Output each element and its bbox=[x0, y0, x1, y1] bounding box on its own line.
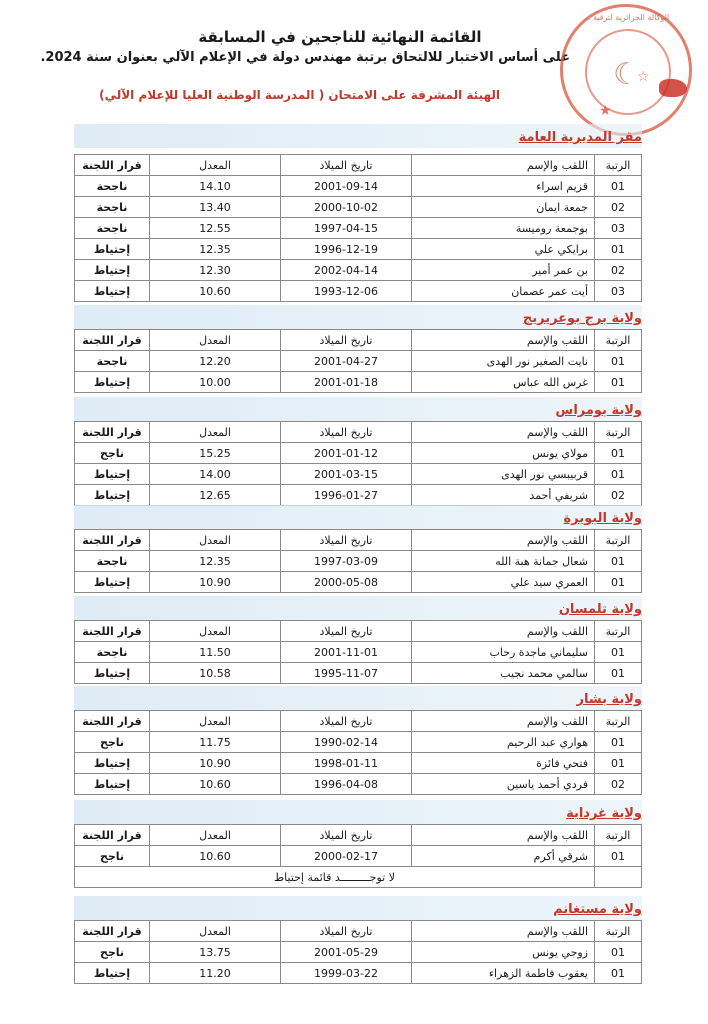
section-heading: ولاية البويرة bbox=[564, 511, 643, 526]
table-row: 01نايت الصغير نور الهدى2001-04-2712.20نا… bbox=[75, 351, 642, 372]
cell-rank: 03 bbox=[595, 218, 642, 239]
col-dob: تاريخ الميلاد bbox=[281, 711, 412, 732]
cell-name: قربيبسي نور الهدى bbox=[412, 464, 595, 485]
table-header-row: الرتبة اللقب والإسم تاريخ الميلاد المعدل… bbox=[75, 921, 642, 942]
cell-dob: 1996-04-08 bbox=[281, 774, 412, 795]
col-avg: المعدل bbox=[150, 330, 281, 351]
col-avg: المعدل bbox=[150, 422, 281, 443]
results-table: الرتبة اللقب والإسم تاريخ الميلاد المعدل… bbox=[74, 824, 642, 888]
cell-name: مولاي يونس bbox=[412, 443, 595, 464]
cell-avg: 12.20 bbox=[150, 351, 281, 372]
table-row: 01هواري عبد الرحيم1990-02-1411.75ناجح bbox=[75, 732, 642, 753]
cell-decision: إحتياط bbox=[75, 663, 150, 684]
cell-avg: 10.60 bbox=[150, 281, 281, 302]
star-icon: ★ bbox=[599, 103, 612, 119]
col-name: اللقب والإسم bbox=[412, 825, 595, 846]
col-rank: الرتبة bbox=[595, 825, 642, 846]
cell-dob: 2001-04-27 bbox=[281, 351, 412, 372]
col-rank: الرتبة bbox=[595, 621, 642, 642]
table-row: 01يعقوب فاطمة الزهراء1999-03-2211.20إحتي… bbox=[75, 963, 642, 984]
table-row: 01مولاي يونس2001-01-1215.25ناجح bbox=[75, 443, 642, 464]
cell-name: فردي أحمد ياسين bbox=[412, 774, 595, 795]
results-table: الرتبة اللقب والإسم تاريخ الميلاد المعدل… bbox=[74, 710, 642, 795]
section-heading: ولاية تلمسان bbox=[559, 602, 642, 617]
cell-dob: 2001-01-18 bbox=[281, 372, 412, 393]
table-row: لا توجـــــــــد قائمة إحتياط bbox=[75, 867, 642, 888]
col-name: اللقب والإسم bbox=[412, 155, 595, 176]
section-band bbox=[74, 800, 642, 824]
col-avg: المعدل bbox=[150, 711, 281, 732]
section-heading: ولاية بشار bbox=[576, 692, 642, 707]
cell-avg: 11.20 bbox=[150, 963, 281, 984]
cell-rank: 01 bbox=[595, 551, 642, 572]
cell-name: جمعة ايمان bbox=[412, 197, 595, 218]
document-subtitle: على أساس الاختبار للالتحاق برتبة مهندس د… bbox=[110, 50, 570, 65]
table-row: 01قزيم اسراء2001-09-1414.10ناجحة bbox=[75, 176, 642, 197]
stamp-text: الوكالة الجزائرية لترقية ... bbox=[569, 13, 683, 22]
table-row: 02بن عمر أمير2002-04-1412.30إحتياط bbox=[75, 260, 642, 281]
cell-dob: 2001-03-15 bbox=[281, 464, 412, 485]
col-rank: الرتبة bbox=[595, 530, 642, 551]
table-row: 01العمري سيد علي2000-05-0810.90إحتياط bbox=[75, 572, 642, 593]
results-table: الرتبة اللقب والإسم تاريخ الميلاد المعدل… bbox=[74, 329, 642, 393]
cell-dob: 1996-01-27 bbox=[281, 485, 412, 506]
cell-avg: 14.00 bbox=[150, 464, 281, 485]
cell-rank: 01 bbox=[595, 372, 642, 393]
results-table: الرتبة اللقب والإسم تاريخ الميلاد المعدل… bbox=[74, 920, 642, 984]
results-table: الرتبة اللقب والإسم تاريخ الميلاد المعدل… bbox=[74, 529, 642, 593]
section-band bbox=[74, 686, 642, 710]
table-row: 02فردي أحمد ياسين1996-04-0810.60إحتياط bbox=[75, 774, 642, 795]
cell-rank: 01 bbox=[595, 464, 642, 485]
cell-dob: 2000-05-08 bbox=[281, 572, 412, 593]
section-band bbox=[74, 505, 642, 529]
cell-rank: 01 bbox=[595, 663, 642, 684]
official-stamp: الوكالة الجزائرية لترقية ... ☾ ☆ ★ bbox=[560, 4, 692, 136]
cell-avg: 12.35 bbox=[150, 239, 281, 260]
cell-avg: 11.75 bbox=[150, 732, 281, 753]
cell-dob: 1990-02-14 bbox=[281, 732, 412, 753]
cell-rank: 02 bbox=[595, 197, 642, 218]
cell-decision: ناجحة bbox=[75, 218, 150, 239]
table-row: 01برايكي علي1996-12-1912.35إحتياط bbox=[75, 239, 642, 260]
col-avg: المعدل bbox=[150, 921, 281, 942]
col-decision: قرار اللجنة bbox=[75, 530, 150, 551]
col-dob: تاريخ الميلاد bbox=[281, 921, 412, 942]
section-heading: ولاية بومراس bbox=[555, 403, 642, 418]
cell-rank: 02 bbox=[595, 774, 642, 795]
cell-avg: 10.90 bbox=[150, 753, 281, 774]
cell-decision: إحتياط bbox=[75, 572, 150, 593]
results-table: الرتبة اللقب والإسم تاريخ الميلاد المعدل… bbox=[74, 154, 642, 302]
cell-decision: ناجح bbox=[75, 942, 150, 963]
col-rank: الرتبة bbox=[595, 422, 642, 443]
ink-blot bbox=[659, 79, 687, 97]
section-heading: مقر المديرية العامة bbox=[519, 130, 642, 145]
col-name: اللقب والإسم bbox=[412, 921, 595, 942]
table-header-row: الرتبة اللقب والإسم تاريخ الميلاد المعدل… bbox=[75, 530, 642, 551]
cell-name: بن عمر أمير bbox=[412, 260, 595, 281]
cell-decision: إحتياط bbox=[75, 963, 150, 984]
cell-name: أيت عمر عصمان bbox=[412, 281, 595, 302]
table-row: 03أيت عمر عصمان1993-12-0610.60إحتياط bbox=[75, 281, 642, 302]
cell-decision: ناجحة bbox=[75, 176, 150, 197]
cell-dob: 2001-05-29 bbox=[281, 942, 412, 963]
cell-name: سالمي محمد نجيب bbox=[412, 663, 595, 684]
col-name: اللقب والإسم bbox=[412, 422, 595, 443]
table-header-row: الرتبة اللقب والإسم تاريخ الميلاد المعدل… bbox=[75, 155, 642, 176]
table-header-row: الرتبة اللقب والإسم تاريخ الميلاد المعدل… bbox=[75, 621, 642, 642]
cell-name: نايت الصغير نور الهدى bbox=[412, 351, 595, 372]
cell-decision: إحتياط bbox=[75, 753, 150, 774]
cell-name: غرس الله عباس bbox=[412, 372, 595, 393]
table-row: 01غرس الله عباس2001-01-1810.00إحتياط bbox=[75, 372, 642, 393]
cell-dob: 1996-12-19 bbox=[281, 239, 412, 260]
col-avg: المعدل bbox=[150, 621, 281, 642]
col-avg: المعدل bbox=[150, 530, 281, 551]
col-decision: قرار اللجنة bbox=[75, 711, 150, 732]
cell-rank: 01 bbox=[595, 176, 642, 197]
cell-dob: 1995-11-07 bbox=[281, 663, 412, 684]
star-icon: ☆ bbox=[637, 69, 650, 85]
section-band bbox=[74, 596, 642, 620]
cell-name: قزيم اسراء bbox=[412, 176, 595, 197]
col-name: اللقب والإسم bbox=[412, 711, 595, 732]
cell-name: شريفي أحمد bbox=[412, 485, 595, 506]
cell-dob: 2001-09-14 bbox=[281, 176, 412, 197]
cell-name: زوجي يونس bbox=[412, 942, 595, 963]
col-name: اللقب والإسم bbox=[412, 530, 595, 551]
cell-dob: 1997-03-09 bbox=[281, 551, 412, 572]
col-avg: المعدل bbox=[150, 825, 281, 846]
cell-rank: 02 bbox=[595, 260, 642, 281]
col-dob: تاريخ الميلاد bbox=[281, 422, 412, 443]
col-decision: قرار اللجنة bbox=[75, 330, 150, 351]
table-row: 01شرقي أكرم2000-02-1710.60ناجح bbox=[75, 846, 642, 867]
section-heading: ولاية مستغانم bbox=[553, 902, 642, 917]
table-row: 03بوجمعة روميسة1997-04-1512.55ناجحة bbox=[75, 218, 642, 239]
cell-dob: 2000-02-17 bbox=[281, 846, 412, 867]
cell-name: يعقوب فاطمة الزهراء bbox=[412, 963, 595, 984]
col-name: اللقب والإسم bbox=[412, 621, 595, 642]
cell-avg: 12.30 bbox=[150, 260, 281, 281]
table-row: 01زوجي يونس2001-05-2913.75ناجح bbox=[75, 942, 642, 963]
cell-decision: ناجح bbox=[75, 443, 150, 464]
table-header-row: الرتبة اللقب والإسم تاريخ الميلاد المعدل… bbox=[75, 825, 642, 846]
cell-decision: إحتياط bbox=[75, 464, 150, 485]
col-dob: تاريخ الميلاد bbox=[281, 330, 412, 351]
cell-avg: 11.50 bbox=[150, 642, 281, 663]
cell-avg: 13.40 bbox=[150, 197, 281, 218]
results-table: الرتبة اللقب والإسم تاريخ الميلاد المعدل… bbox=[74, 620, 642, 684]
cell-decision: ناجحة bbox=[75, 351, 150, 372]
cell-decision: إحتياط bbox=[75, 372, 150, 393]
col-rank: الرتبة bbox=[595, 921, 642, 942]
table-row: 01فتحي فائزة1998-01-1110.90إحتياط bbox=[75, 753, 642, 774]
table-row: 01قربيبسي نور الهدى2001-03-1514.00إحتياط bbox=[75, 464, 642, 485]
cell-dob: 1999-03-22 bbox=[281, 963, 412, 984]
cell-avg: 10.60 bbox=[150, 846, 281, 867]
cell-dob: 1997-04-15 bbox=[281, 218, 412, 239]
cell-decision: إحتياط bbox=[75, 281, 150, 302]
table-row: 02جمعة ايمان2000-10-0213.40ناجحة bbox=[75, 197, 642, 218]
cell-dob: 2001-11-01 bbox=[281, 642, 412, 663]
cell-rank: 03 bbox=[595, 281, 642, 302]
cell-dob: 2002-04-14 bbox=[281, 260, 412, 281]
cell-name: فتحي فائزة bbox=[412, 753, 595, 774]
table-header-row: الرتبة اللقب والإسم تاريخ الميلاد المعدل… bbox=[75, 330, 642, 351]
cell-avg: 10.00 bbox=[150, 372, 281, 393]
table-row: 02شريفي أحمد1996-01-2712.65إحتياط bbox=[75, 485, 642, 506]
col-decision: قرار اللجنة bbox=[75, 621, 150, 642]
cell-rank: 01 bbox=[595, 572, 642, 593]
col-name: اللقب والإسم bbox=[412, 330, 595, 351]
cell-dob: 2000-10-02 bbox=[281, 197, 412, 218]
cell-name: شعال جمانة هبة الله bbox=[412, 551, 595, 572]
cell-avg: 12.65 bbox=[150, 485, 281, 506]
col-rank: الرتبة bbox=[595, 155, 642, 176]
col-dob: تاريخ الميلاد bbox=[281, 155, 412, 176]
table-row: 01شعال جمانة هبة الله1997-03-0912.35ناجح… bbox=[75, 551, 642, 572]
cell-avg: 10.60 bbox=[150, 774, 281, 795]
cell-rank: 01 bbox=[595, 846, 642, 867]
section-heading: ولاية غرداية bbox=[566, 806, 642, 821]
cell-name: العمري سيد علي bbox=[412, 572, 595, 593]
cell-avg: 10.90 bbox=[150, 572, 281, 593]
cell-avg: 12.35 bbox=[150, 551, 281, 572]
table-header-row: الرتبة اللقب والإسم تاريخ الميلاد المعدل… bbox=[75, 711, 642, 732]
cell-decision: إحتياط bbox=[75, 774, 150, 795]
no-reserve-note: لا توجـــــــــد قائمة إحتياط bbox=[75, 867, 595, 888]
cell-name: هواري عبد الرحيم bbox=[412, 732, 595, 753]
table-row: 01سالمي محمد نجيب1995-11-0710.58إحتياط bbox=[75, 663, 642, 684]
cell-decision: إحتياط bbox=[75, 260, 150, 281]
cell-dob: 1993-12-06 bbox=[281, 281, 412, 302]
cell-avg: 14.10 bbox=[150, 176, 281, 197]
col-decision: قرار اللجنة bbox=[75, 155, 150, 176]
document-page: القائمة النهائية للناجحين في المسابقة عل… bbox=[0, 0, 708, 1024]
cell-rank: 02 bbox=[595, 485, 642, 506]
crescent-icon: ☾ bbox=[613, 57, 640, 92]
cell-decision: ناجحة bbox=[75, 551, 150, 572]
cell-rank: 01 bbox=[595, 239, 642, 260]
section-heading: ولاية برج بوعريريج bbox=[523, 311, 642, 326]
cell-avg: 10.58 bbox=[150, 663, 281, 684]
cell-dob: 2001-01-12 bbox=[281, 443, 412, 464]
results-table: الرتبة اللقب والإسم تاريخ الميلاد المعدل… bbox=[74, 421, 642, 506]
cell-rank: 01 bbox=[595, 942, 642, 963]
supervising-body: الهيئة المشرفة على الامتحان ( المدرسة ال… bbox=[160, 88, 500, 102]
col-decision: قرار اللجنة bbox=[75, 921, 150, 942]
cell-avg: 13.75 bbox=[150, 942, 281, 963]
document-title: القائمة النهائية للناجحين في المسابقة bbox=[120, 28, 560, 46]
cell-avg: 15.25 bbox=[150, 443, 281, 464]
cell-decision: ناجحة bbox=[75, 197, 150, 218]
col-dob: تاريخ الميلاد bbox=[281, 825, 412, 846]
cell-name: شرقي أكرم bbox=[412, 846, 595, 867]
table-row: 01سليماني ماجدة رحاب2001-11-0111.50ناجحة bbox=[75, 642, 642, 663]
cell-decision: إحتياط bbox=[75, 239, 150, 260]
cell-rank: 01 bbox=[595, 642, 642, 663]
col-avg: المعدل bbox=[150, 155, 281, 176]
col-decision: قرار اللجنة bbox=[75, 422, 150, 443]
col-rank: الرتبة bbox=[595, 330, 642, 351]
col-rank: الرتبة bbox=[595, 711, 642, 732]
col-dob: تاريخ الميلاد bbox=[281, 530, 412, 551]
cell-decision: إحتياط bbox=[75, 485, 150, 506]
cell-avg: 12.55 bbox=[150, 218, 281, 239]
cell-name: بوجمعة روميسة bbox=[412, 218, 595, 239]
cell-dob: 1998-01-11 bbox=[281, 753, 412, 774]
table-header-row: الرتبة اللقب والإسم تاريخ الميلاد المعدل… bbox=[75, 422, 642, 443]
cell-decision: ناجحة bbox=[75, 642, 150, 663]
cell-name: برايكي علي bbox=[412, 239, 595, 260]
cell-name: سليماني ماجدة رحاب bbox=[412, 642, 595, 663]
cell-rank: 01 bbox=[595, 963, 642, 984]
cell-decision: ناجح bbox=[75, 846, 150, 867]
col-dob: تاريخ الميلاد bbox=[281, 621, 412, 642]
cell-decision: ناجح bbox=[75, 732, 150, 753]
col-decision: قرار اللجنة bbox=[75, 825, 150, 846]
cell-rank: 01 bbox=[595, 351, 642, 372]
cell-rank: 01 bbox=[595, 753, 642, 774]
cell-rank: 01 bbox=[595, 732, 642, 753]
cell-rank: 01 bbox=[595, 443, 642, 464]
